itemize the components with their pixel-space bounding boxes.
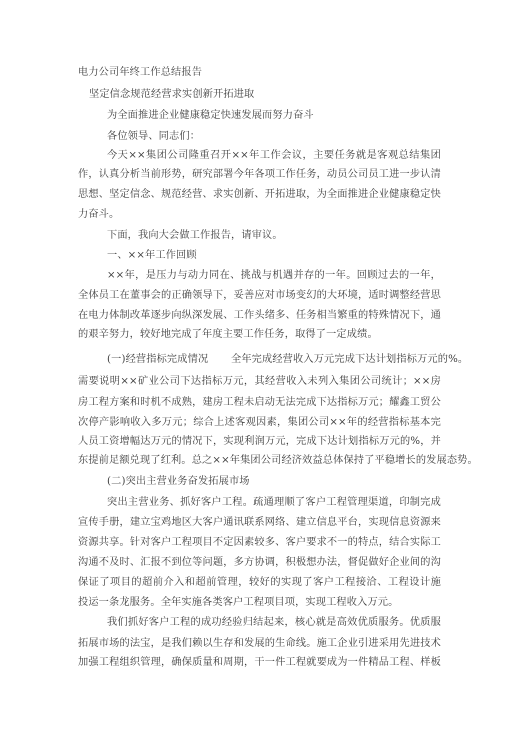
- paragraph-line: 加强工程组织管理，确保质量和周期，干一件工程就要成为一件精品工程、样板工程，象用: [78, 656, 441, 670]
- paragraph-line: 人员工资增幅达万元的情况下，实现利润万元，完成下达计划指标万元的%，并已为全局股: [78, 435, 441, 449]
- paragraph-line: 今天××集团公司隆重召开××年工作会议，主要任务就是客观总结集团公司××年工: [107, 149, 441, 163]
- paragraph-line: 次停产影响收入多万元；综合上述客观因素，集团公司××年的经营指标基本完成；全年在: [78, 416, 441, 430]
- paragraph-line: 下面，我向大会做工作报告，请审议。: [107, 229, 283, 243]
- document-title: 电力公司年终工作总结报告: [78, 66, 202, 80]
- paragraph-line: 资源共享。针对客户工程项目不定因素较多、客户要求不一的特点，结合实际工作中出现的: [78, 536, 441, 550]
- document-subtitle-2: 为全面推进企业健康稳定快速发展而努力奋斗: [107, 109, 314, 123]
- paragraph-line: 宣传手册，建立宝鸡地区大客户通讯联系网络、建立信息平台，实现信息资源来源广泛化和: [78, 516, 441, 530]
- paragraph-line: 房工程方案和时机不成熟，建房工程未启动无法完成下达指标万元；耀鑫工贸公司因先后两: [78, 396, 441, 410]
- paragraph-line: 力奋斗。: [78, 208, 119, 222]
- paragraph-line: 全体员工在董事会的正确领导下，妥善应对市场变幻的大环境，适时调整经营思路和方略，: [78, 289, 441, 303]
- paragraph-line: 全年完成经营收入万元完成下达计划指标万元的%。: [231, 353, 468, 367]
- paragraph-line: 作，认真分析当前形势，研究部署今年各项工作任务，动员公司员工进一步认清形势、统一: [78, 168, 441, 182]
- document-page: 电力公司年终工作总结报告 坚定信念规范经营求实创新开拓进取 为全面推进企业健康稳…: [0, 0, 520, 735]
- paragraph-line: 的艰辛努力，较好地完成了年度主要工作任务，取得了一定成绩。: [78, 328, 378, 342]
- section-heading: 一、××年工作回顾: [107, 249, 197, 263]
- paragraph-line: 投运一条龙服务。全年实施各类客户工程项目项，实现工程收入万元。: [78, 596, 398, 610]
- paragraph-line: 需要说明××矿业公司下达指标万元，其经营收入未列入集团公司统计；××房地产公司因…: [78, 375, 441, 389]
- paragraph-line: 突出主营业务、抓好客户工程。疏通理顺了客户工程管理渠道，印制完成客户服务: [107, 496, 441, 510]
- paragraph-line: 保证了项目的超前介入和超前管理，较好的实现了客户工程接洽、工程设计施工、工程验收: [78, 576, 441, 590]
- paragraph-line: 我们抓好客户工程的成功经验归结起来，核心就是高效优质服务。优质服务是我们: [107, 616, 441, 630]
- document-subtitle-1: 坚定信念规范经营求实创新开拓进取: [89, 88, 254, 102]
- salutation: 各位领导、同志们：: [107, 130, 200, 144]
- subsection-heading: (一)经营指标完成情况: [107, 353, 208, 367]
- subsection-heading: (二)突出主营业务奋发拓展市场: [107, 475, 250, 489]
- paragraph-line: 沟通不及时、汇报不到位等问题，多方协调，积极想办法，督促做好企业间的沟通与联系，: [78, 556, 441, 570]
- paragraph-line: 在电力体制改革逐步向纵深发展、工作头绪多、任务相当繁重的特殊情况下，通过曲折不懈: [78, 309, 441, 323]
- paragraph-line: 拓展市场的法宝，是我们赖以生存和发展的生命线。施工企业引进采用先进技术和管理方法…: [78, 637, 441, 651]
- paragraph-line: 东提前足额兑现了红利。总之××年集团公司经济效益总体保持了平稳增长的发展态势。: [78, 454, 478, 468]
- paragraph-line: ××年，是压力与动力同在、挑战与机遇并存的一年。回顾过去的一年，××集团公司: [107, 269, 441, 283]
- paragraph-line: 思想、坚定信念、规范经营、求实创新、开拓进取，为全面推进企业健康稳定快速发展而努: [78, 188, 441, 202]
